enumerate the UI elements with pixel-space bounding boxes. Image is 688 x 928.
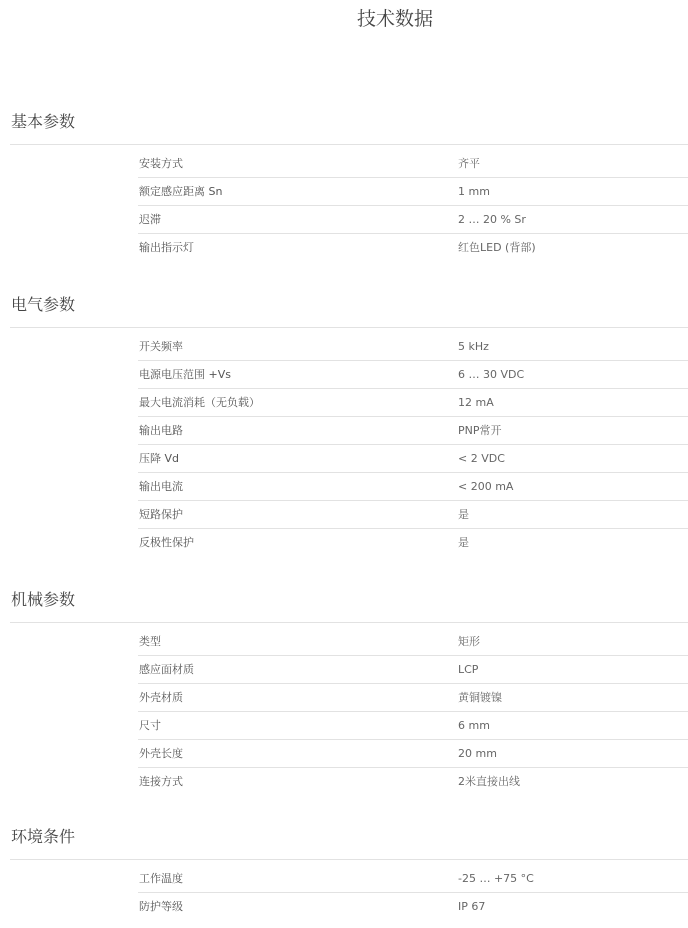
spec-value: 2米直接出线 bbox=[458, 775, 520, 789]
spec-value: 6 … 30 VDC bbox=[458, 368, 524, 382]
spec-label: 额定感应距离 Sn bbox=[139, 185, 222, 199]
spec-label: 工作温度 bbox=[139, 872, 183, 886]
spec-label: 输出电流 bbox=[139, 480, 183, 494]
spec-value: 2 … 20 % Sr bbox=[458, 213, 526, 227]
spec-row: 迟滞2 … 20 % Sr bbox=[138, 206, 688, 234]
spec-row: 压降 Vd< 2 VDC bbox=[138, 445, 688, 473]
section-title: 机械参数 bbox=[11, 589, 75, 611]
section-divider bbox=[10, 327, 688, 328]
spec-row: 短路保护是 bbox=[138, 501, 688, 529]
spec-label: 迟滞 bbox=[139, 213, 161, 227]
spec-value: 5 kHz bbox=[458, 340, 489, 354]
spec-row: 尺寸6 mm bbox=[138, 712, 688, 740]
spec-label: 短路保护 bbox=[139, 508, 183, 522]
spec-value: LCP bbox=[458, 663, 478, 677]
spec-label: 感应面材质 bbox=[139, 663, 194, 677]
spec-value: 12 mA bbox=[458, 396, 494, 410]
spec-label: 输出电路 bbox=[139, 424, 183, 438]
spec-row: 开关频率5 kHz bbox=[138, 333, 688, 361]
section-divider bbox=[10, 622, 688, 623]
spec-label: 尺寸 bbox=[139, 719, 161, 733]
spec-row: 最大电流消耗（无负载）12 mA bbox=[138, 389, 688, 417]
spec-label: 反极性保护 bbox=[139, 536, 194, 550]
spec-label: 外壳材质 bbox=[139, 691, 183, 705]
spec-row: 输出指示灯红色LED (背部) bbox=[138, 234, 688, 261]
spec-value: PNP常开 bbox=[458, 424, 502, 438]
spec-row: 外壳材质黄铜镀镍 bbox=[138, 684, 688, 712]
spec-label: 电源电压范围 +Vs bbox=[139, 368, 231, 382]
spec-value: 1 mm bbox=[458, 185, 490, 199]
spec-row: 电源电压范围 +Vs6 … 30 VDC bbox=[138, 361, 688, 389]
section-title: 基本参数 bbox=[11, 111, 75, 133]
section-title: 电气参数 bbox=[11, 294, 75, 316]
spec-row: 反极性保护是 bbox=[138, 529, 688, 556]
spec-label: 安装方式 bbox=[139, 157, 183, 171]
spec-label: 类型 bbox=[139, 635, 161, 649]
spec-value: 6 mm bbox=[458, 719, 490, 733]
spec-value: 矩形 bbox=[458, 635, 480, 649]
spec-row: 类型矩形 bbox=[138, 628, 688, 656]
spec-label: 最大电流消耗（无负载） bbox=[139, 396, 260, 410]
spec-value: 黄铜镀镍 bbox=[458, 691, 502, 705]
spec-row: 安装方式齐平 bbox=[138, 150, 688, 178]
spec-row: 工作温度-25 … +75 °C bbox=[138, 865, 688, 893]
section-divider bbox=[10, 144, 688, 145]
section-title: 环境条件 bbox=[11, 826, 75, 848]
spec-value: 是 bbox=[458, 536, 469, 550]
spec-value: 红色LED (背部) bbox=[458, 241, 536, 255]
spec-row: 输出电路PNP常开 bbox=[138, 417, 688, 445]
spec-table: 工作温度-25 … +75 °C 防护等级IP 67 bbox=[138, 865, 688, 920]
spec-value: < 200 mA bbox=[458, 480, 513, 494]
spec-row: 感应面材质LCP bbox=[138, 656, 688, 684]
spec-value: 是 bbox=[458, 508, 469, 522]
spec-label: 外壳长度 bbox=[139, 747, 183, 761]
spec-value: < 2 VDC bbox=[458, 452, 505, 466]
spec-label: 连接方式 bbox=[139, 775, 183, 789]
spec-row: 输出电流< 200 mA bbox=[138, 473, 688, 501]
spec-label: 压降 Vd bbox=[139, 452, 179, 466]
spec-row: 防护等级IP 67 bbox=[138, 893, 688, 920]
spec-label: 开关频率 bbox=[139, 340, 183, 354]
spec-row: 连接方式2米直接出线 bbox=[138, 768, 688, 795]
section-divider bbox=[10, 859, 688, 860]
spec-table: 安装方式齐平 额定感应距离 Sn1 mm 迟滞2 … 20 % Sr 输出指示灯… bbox=[138, 150, 688, 261]
page-title: 技术数据 bbox=[0, 6, 688, 32]
spec-label: 防护等级 bbox=[139, 900, 183, 914]
spec-table: 开关频率5 kHz 电源电压范围 +Vs6 … 30 VDC 最大电流消耗（无负… bbox=[138, 333, 688, 556]
spec-value: -25 … +75 °C bbox=[458, 872, 534, 886]
spec-label: 输出指示灯 bbox=[139, 241, 194, 255]
spec-table: 类型矩形 感应面材质LCP 外壳材质黄铜镀镍 尺寸6 mm 外壳长度20 mm … bbox=[138, 628, 688, 795]
spec-value: 20 mm bbox=[458, 747, 497, 761]
spec-value: 齐平 bbox=[458, 157, 480, 171]
spec-row: 外壳长度20 mm bbox=[138, 740, 688, 768]
spec-row: 额定感应距离 Sn1 mm bbox=[138, 178, 688, 206]
spec-value: IP 67 bbox=[458, 900, 485, 914]
